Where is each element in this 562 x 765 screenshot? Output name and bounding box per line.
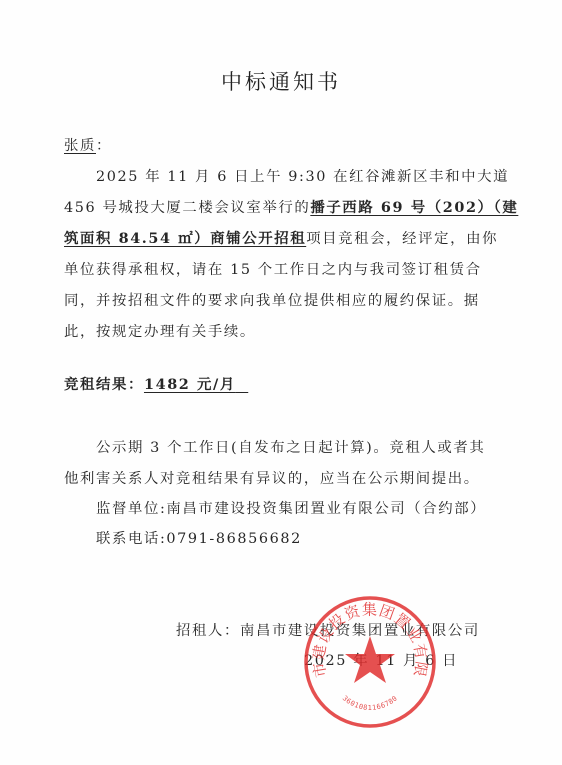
property-name: 播子西路 69 号（202）（建 [310, 199, 518, 216]
addressee-colon: ： [96, 138, 112, 154]
phone-line: 联系电话:0791-86856682 [96, 530, 302, 548]
result-label: 竞租结果： [64, 376, 144, 393]
body-line-2-text: 456 号城投大厦二楼会议室举行的 [64, 200, 310, 216]
notice-document: 中标通知书 张质： 2025 年 11 月 6 日上午 9:30 在红谷滩新区丰… [0, 0, 562, 765]
supervisor-line: 监督单位:南昌市建设投资集团置业有限公司（合约部） [96, 500, 486, 518]
addressee-name: 张质 [64, 138, 96, 154]
result-value: 1482 元/月 [144, 376, 236, 393]
body-line-1: 2025 年 11 月 6 日上午 9:30 在红谷滩新区丰和中大道 [96, 168, 509, 186]
body-line-6: 此，按规定办理有关手续。 [64, 323, 256, 341]
body-line-5: 同，并按招租文件的要求向我单位提供相应的履约保证。据 [64, 292, 480, 310]
property-area: 筑面积 84.54 ㎡）商铺公开招租 [64, 230, 306, 247]
document-title: 中标通知书 [0, 66, 562, 96]
body-line-4: 单位获得承租权，请在 15 个工作日之内与我司签订租赁合 [64, 261, 482, 279]
notice-line-2: 他利害关系人对竞租结果有异议的，应当在公示期间提出。 [64, 470, 480, 488]
svg-text:3601081166780: 3601081166780 [341, 694, 399, 712]
issuer-line: 招租人：南昌市建设投资集团置业有限公司 [176, 622, 480, 640]
addressee-line: 张质： [64, 137, 112, 155]
date-line: 2025 年 11 月 6 日 [304, 652, 458, 670]
notice-line-1: 公示期 3 个工作日(自发布之日起计算)。竞租人或者其 [96, 439, 485, 457]
body-line-3-text: 项目竞租会，经评定，由你 [306, 231, 498, 247]
result-line: 竞租结果：1482 元/月 [64, 376, 248, 394]
body-line-3: 筑面积 84.54 ㎡）商铺公开招租项目竞租会，经评定，由你 [64, 230, 498, 248]
body-line-2: 456 号城投大厦二楼会议室举行的播子西路 69 号（202）（建 [64, 199, 518, 217]
